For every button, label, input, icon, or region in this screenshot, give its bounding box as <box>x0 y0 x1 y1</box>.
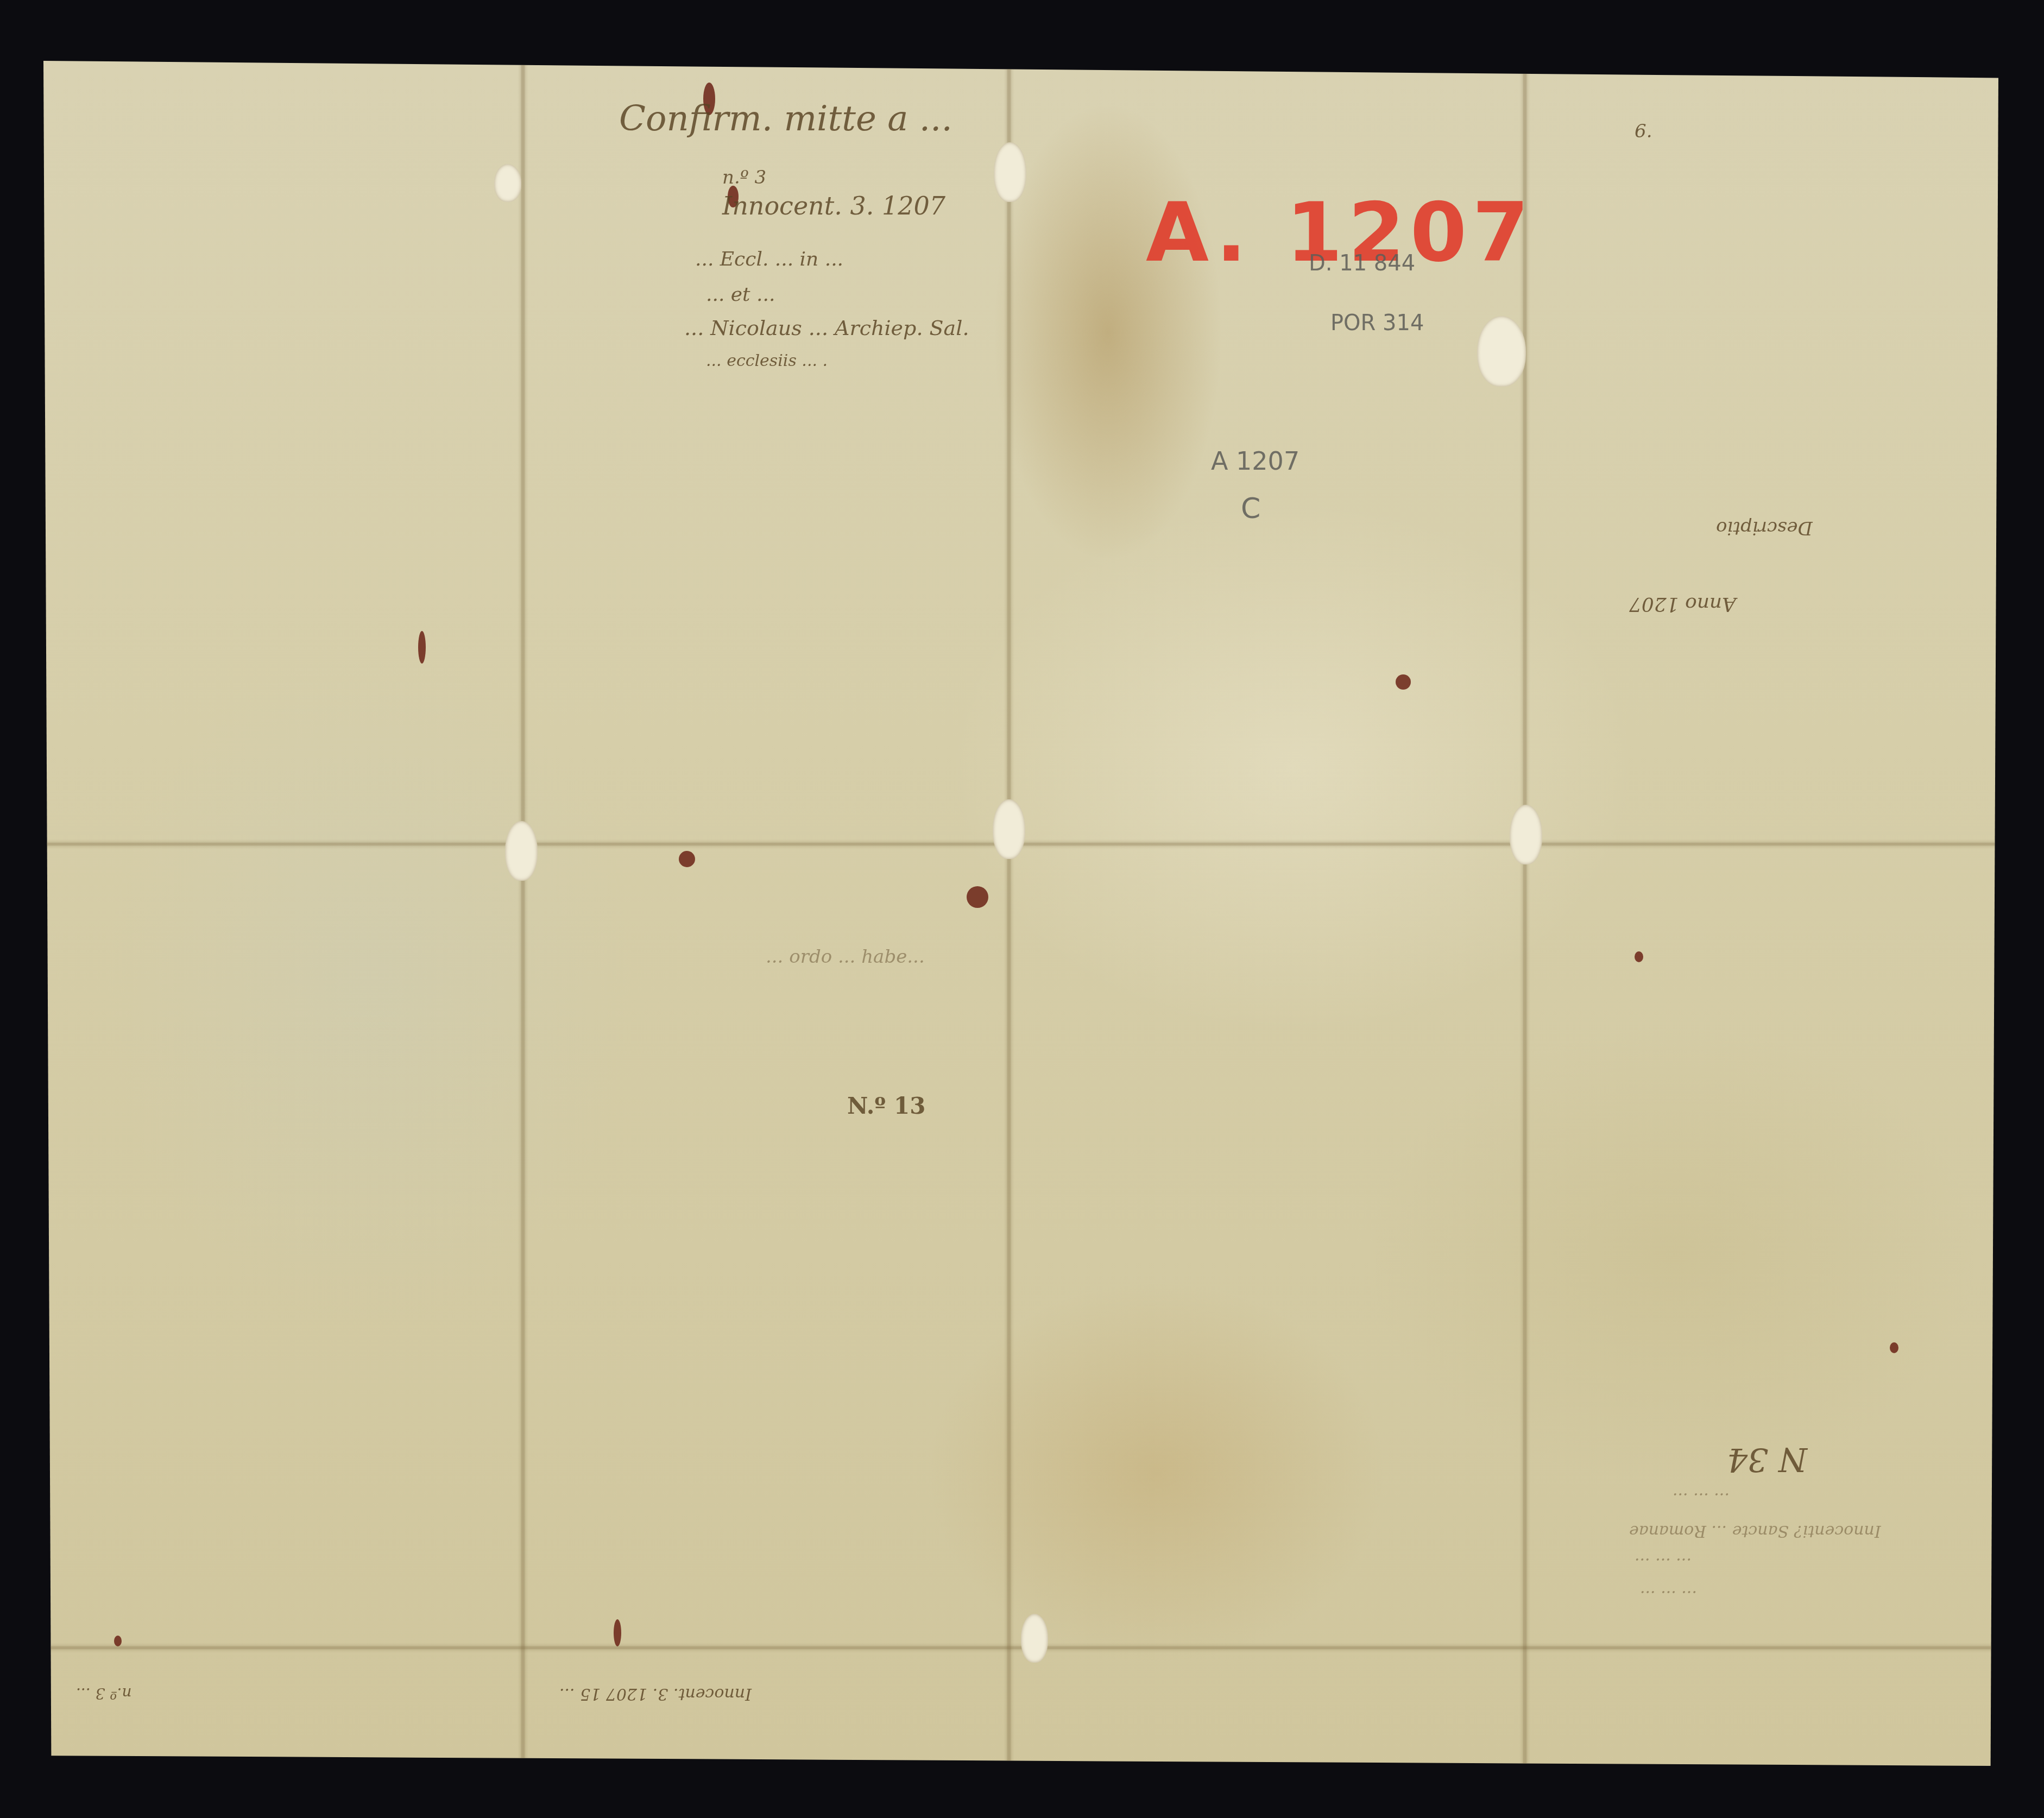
stain <box>614 1619 621 1646</box>
inverted-note-line: ... ... ... <box>1635 1554 1692 1573</box>
center-ink-line: ... ordo ... habe... <box>766 946 925 968</box>
endorsement-line: Innocent. 3. 1207 <box>722 191 945 220</box>
ink-letter: 6. <box>1635 121 1652 142</box>
inverted-note-line: ... ... ... <box>1673 1489 1730 1508</box>
inverted-note-line: Innocenti? Sancte ... Romanae <box>1629 1522 1881 1541</box>
endorsement-line: ... Nicolaus ... Archiep. Sal. <box>684 316 969 340</box>
fold-wear-hole <box>1477 316 1526 387</box>
fold-wear-hole <box>994 142 1026 202</box>
inverted-note-line: ... ... ... <box>1640 1587 1697 1606</box>
bottom-inverted-line: Innocent. 3. 1207 15 ... <box>559 1684 752 1703</box>
endorsement-line: Confirm. mitte a ... <box>619 99 952 139</box>
fold-line-vertical <box>1523 61 1526 1766</box>
endorsement-line: ... ecclesiis ... . <box>706 351 828 370</box>
parchment-sheet: A. 1207 Confirm. mitte a ... n.º 3 Innoc… <box>43 61 1998 1766</box>
fold-wear-hole <box>1021 1614 1048 1663</box>
pencil-shelfmark: D. 11 844 <box>1309 251 1415 276</box>
stain <box>1396 674 1411 690</box>
endorsement-line: n.º 3 <box>722 167 766 188</box>
center-number: N.º 13 <box>847 1093 925 1119</box>
stain <box>1635 951 1643 962</box>
pencil-letter: C <box>1241 493 1260 525</box>
pencil-folio-number: 13 <box>1933 39 1964 67</box>
fold-line-vertical <box>1007 61 1011 1766</box>
stain <box>114 1636 122 1646</box>
inverted-note: Descriptio <box>1716 517 1813 539</box>
endorsement-line: ... Eccl. ... in ... <box>695 248 843 270</box>
bottom-left-inverted: n.º 3 ... <box>76 1684 131 1702</box>
fold-wear-hole <box>993 799 1025 859</box>
pencil-shelfmark: POR 314 <box>1330 311 1424 336</box>
inverted-note: Anno 1207 <box>1629 593 1736 615</box>
inverted-number: N 34 <box>1727 1440 1807 1478</box>
fold-wear-hole <box>505 821 538 881</box>
stain <box>1890 1342 1898 1353</box>
stain <box>967 886 988 908</box>
fold-line-vertical <box>521 61 525 1766</box>
pencil-year: A 1207 <box>1211 446 1299 476</box>
fold-wear-hole <box>1510 805 1542 864</box>
stain <box>418 631 426 664</box>
fold-wear-hole <box>494 164 521 202</box>
endorsement-line: ... et ... <box>706 283 775 306</box>
stain <box>679 851 695 867</box>
